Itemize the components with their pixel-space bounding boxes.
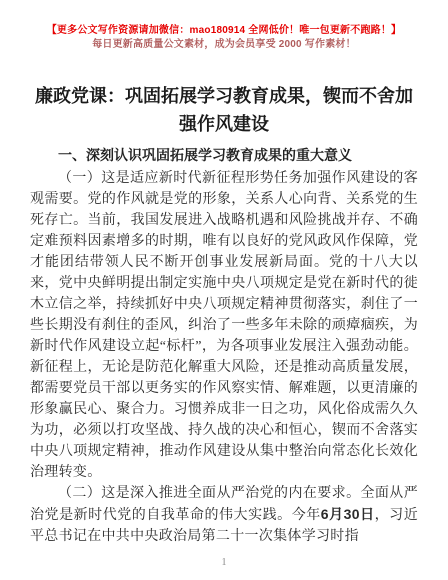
section-heading: 一、深刻认识巩固拓展学习教育成果的重大意义 — [30, 146, 418, 168]
document-title: 廉政党课：巩固拓展学习教育成果，锲而不舍加强作风建设 — [34, 82, 414, 138]
promo-line-2: 每日更新高质量公文素材，成为会员享受 2000 写作素材！ — [30, 38, 418, 52]
document-page: 【更多公文写作资源请加微信：mao180914 全网低价！唯一包更新不跑路！】 … — [0, 0, 448, 580]
paragraph-container: （一）这是适应新时代新征程形势任务加强作风建设的客观需要。党的作风就是党的形象，… — [30, 168, 418, 547]
promo-line-1: 【更多公文写作资源请加微信：mao180914 全网低价！唯一包更新不跑路！】 — [30, 24, 418, 38]
bold-text-segment: 6月30日 — [321, 506, 375, 522]
page-number: 1 — [0, 557, 448, 568]
body-paragraph: （二）这是深入推进全面从严治党的内在要求。全面从严治党是新时代党的自我革命的伟大… — [30, 483, 418, 547]
body-paragraph: （一）这是适应新时代新征程形势任务加强作风建设的客观需要。党的作风就是党的形象，… — [30, 168, 418, 483]
promo-header: 【更多公文写作资源请加微信：mao180914 全网低价！唯一包更新不跑路！】 … — [30, 24, 418, 52]
document-body: 一、深刻认识巩固拓展学习教育成果的重大意义 （一）这是适应新时代新征程形势任务加… — [30, 146, 418, 547]
text-segment: （一）这是适应新时代新征程形势任务加强作风建设的客观需要。党的作风就是党的形象，… — [30, 171, 418, 480]
